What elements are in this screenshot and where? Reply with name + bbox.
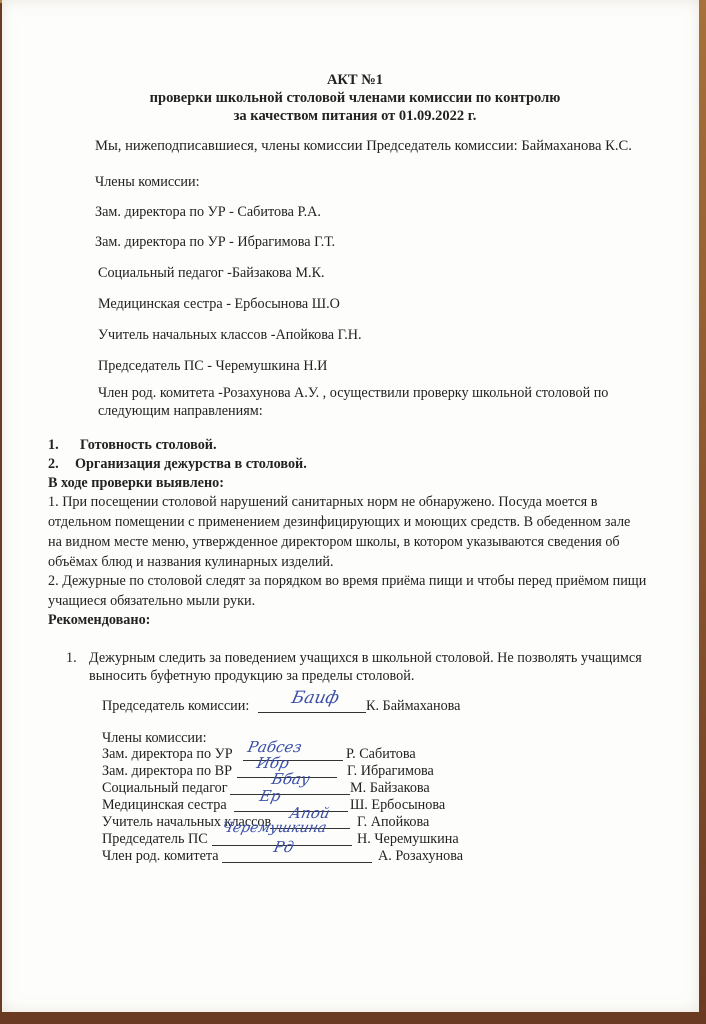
member-line: Учитель начальных классов -Апойкова Г.Н. bbox=[98, 326, 362, 344]
findings-line: учащиеся обязательно мыли руки. bbox=[48, 592, 255, 610]
document-page: АКТ №1 проверки школьной столовой членам… bbox=[2, 0, 699, 1012]
findings-heading: В ходе проверки выявлено: bbox=[48, 474, 224, 492]
signature: Ер bbox=[258, 787, 282, 805]
chair-name: К. Баймаханова bbox=[366, 697, 460, 715]
background-right-edge bbox=[699, 0, 706, 1024]
signature-row-name: Р. Сабитова bbox=[346, 745, 416, 763]
member-line: Председатель ПС - Черемушкина Н.И bbox=[98, 357, 327, 375]
member-line: Социальный педагог -Байзакова М.К. bbox=[98, 264, 325, 282]
signature-row-name: Ш. Ербосынова bbox=[350, 796, 445, 814]
signature-row-name: Н. Черемушкина bbox=[357, 830, 459, 848]
signature-row-name: М. Байзакова bbox=[350, 779, 430, 797]
chair-signature: Баиф bbox=[290, 688, 341, 708]
signature: Рд bbox=[272, 838, 295, 856]
last-member-line2: следующим направлениям: bbox=[98, 402, 263, 420]
findings-line: на видном месте меню, утвержденное дирек… bbox=[48, 533, 620, 551]
direction-number: 2. bbox=[48, 455, 59, 473]
direction-text: Готовность столовой. bbox=[80, 436, 217, 454]
document-subtitle-line1: проверки школьной столовой членами комис… bbox=[2, 89, 706, 107]
direction-text: Организация дежурства в столовой. bbox=[75, 455, 307, 473]
chair-signature-label: Председатель комиссии: bbox=[102, 697, 249, 715]
direction-number: 1. bbox=[48, 436, 59, 454]
signature-row-label: Зам. директора по ВР bbox=[102, 762, 232, 780]
recommended-heading: Рекомендовано: bbox=[48, 611, 150, 629]
signature-row-label: Зам. директора по УР bbox=[102, 745, 233, 763]
findings-line: 1. При посещении столовой нарушений сани… bbox=[48, 493, 597, 511]
signature-row-label: Председатель ПС bbox=[102, 830, 208, 848]
signature-row-label: Социальный педагог bbox=[102, 779, 228, 797]
member-line: Медицинская сестра - Ербосынова Ш.О bbox=[98, 295, 340, 313]
signature-line bbox=[222, 850, 372, 863]
last-member-line1: Член род. комитета -Розахунова А.У. , ос… bbox=[98, 384, 608, 402]
findings-line: объёмах блюд и названия кулинарных издел… bbox=[48, 553, 334, 571]
signature-row-label: Член род. комитета bbox=[102, 847, 219, 865]
signature-row-name: А. Розахунова bbox=[378, 847, 463, 865]
signature-row-name: Г. Ибрагимова bbox=[347, 762, 434, 780]
findings-line: отдельном помещении с применением дезинф… bbox=[48, 513, 630, 531]
document-subtitle-line2: за качеством питания от 01.09.2022 г. bbox=[2, 107, 706, 125]
signature-row-name: Г. Апойкова bbox=[357, 813, 429, 831]
intro-text: Мы, нижеподписавшиеся, члены комиссии Пр… bbox=[95, 137, 632, 155]
members-heading: Члены комиссии: bbox=[95, 173, 200, 191]
recommendation-line2: выносить буфетную продукцию за пределы с… bbox=[89, 667, 414, 685]
member-line: Зам. директора по УР - Ибрагимова Г.Т. bbox=[95, 233, 335, 251]
signature: Ббау bbox=[270, 770, 312, 788]
member-line: Зам. директора по УР - Сабитова Р.А. bbox=[95, 203, 321, 221]
signature-row-label: Медицинская сестра bbox=[102, 796, 227, 814]
findings-line: 2. Дежурные по столовой следят за порядк… bbox=[48, 572, 646, 590]
signature: Черемушкина bbox=[220, 820, 328, 836]
document-title: АКТ №1 bbox=[2, 71, 706, 89]
recommendation-line1: Дежурным следить за поведением учащихся … bbox=[89, 649, 642, 667]
recommendation-number: 1. bbox=[66, 649, 77, 667]
